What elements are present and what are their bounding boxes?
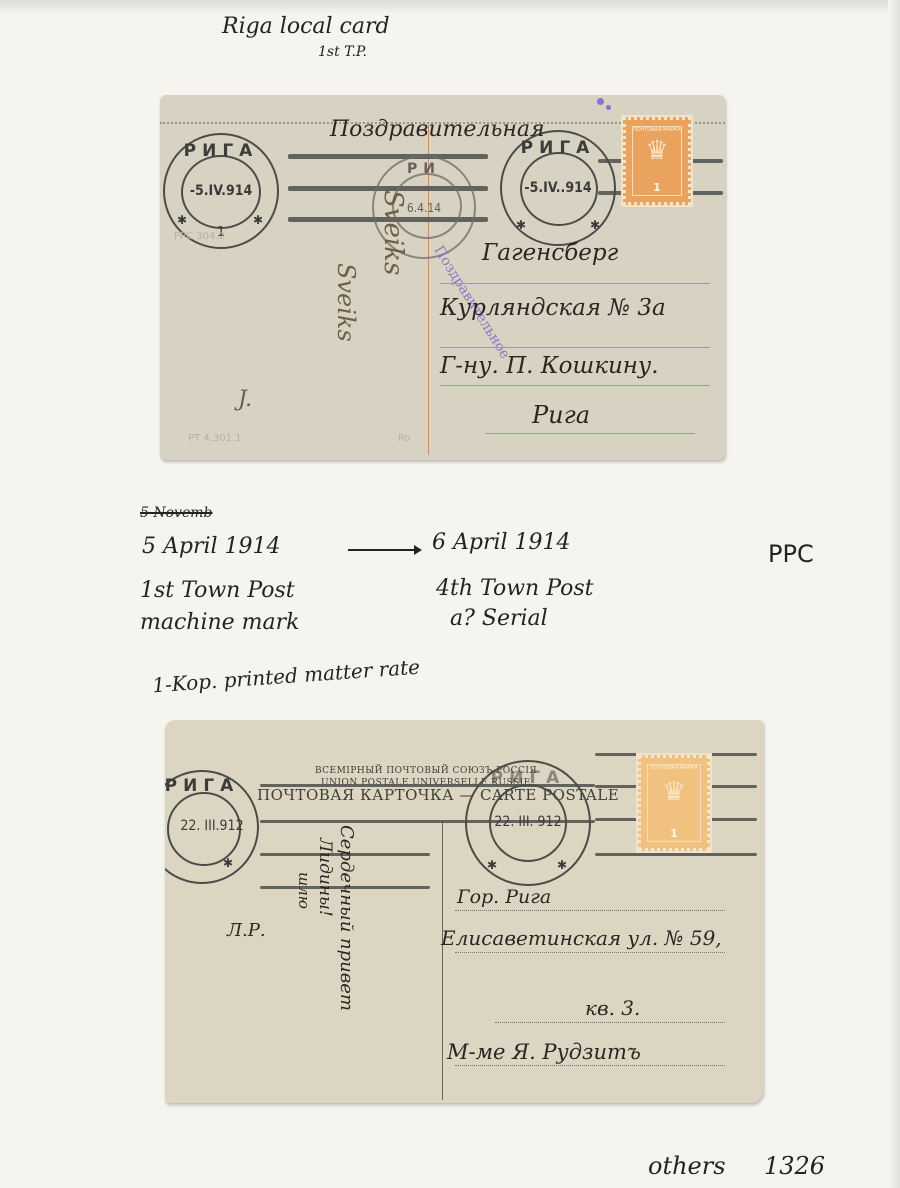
address-rule	[455, 1065, 725, 1066]
header-note-line2: 1st T.P.	[318, 44, 367, 60]
address-rule	[440, 283, 710, 284]
stamp-1-kopeck: ПОЧТОВАЯ МАРКА ♛ 1	[623, 117, 691, 205]
left-note-line2: machine mark	[140, 610, 300, 635]
arrow-right-icon	[348, 549, 420, 551]
double-eagle-icon: ♛	[662, 777, 685, 807]
star-icon: ✱	[223, 856, 233, 870]
footer-number: 1326	[764, 1152, 825, 1180]
scan-edge-right	[888, 0, 900, 1188]
postmark-date: 22. III.912	[165, 818, 257, 834]
date-from: 5 April 1914	[142, 534, 281, 559]
right-note-line1: 4th Town Post	[436, 576, 594, 601]
pencil-note: PPC 304.2	[174, 231, 225, 242]
card-divider	[442, 820, 443, 1100]
star-icon: ✱	[516, 218, 526, 232]
address-rule	[485, 433, 695, 434]
double-eagle-icon: ♛	[645, 136, 668, 166]
scan-edge-top	[0, 0, 900, 14]
postmark-riga-4: РИГА -5.IV..914 ✱ ✱	[500, 130, 616, 246]
address-line: Курляндская № 3а	[440, 295, 666, 321]
message-signature: J.	[238, 387, 252, 412]
postcard-top: РИГА -5.IV.914 1 ✱ ✱ РИГА -5.IV..914 ✱ ✱…	[160, 95, 725, 460]
rate-note: 1-Kop. printed matter rate	[151, 655, 420, 698]
postmark-date: -5.IV.914	[165, 183, 277, 199]
cancel-bar	[595, 853, 757, 856]
star-icon: ✱	[590, 218, 600, 232]
side-tag: PPC	[768, 540, 814, 568]
address-rule	[495, 1022, 725, 1023]
address-rule	[440, 347, 710, 348]
pencil-note: PT 4.301.1	[188, 433, 242, 444]
ink-spot	[597, 98, 604, 105]
postmark-date: 22. III. 912	[467, 814, 589, 830]
postmark-riga-left: РИГА 22. III.912 ✱	[165, 770, 259, 884]
postmark-date: -5.IV..914	[502, 180, 614, 196]
address-line: Елисаветинская ул. № 59,	[441, 926, 722, 950]
address-rule	[455, 910, 725, 911]
date-to: 6 April 1914	[432, 530, 571, 555]
footer-category: others	[648, 1152, 726, 1180]
address-rule	[455, 952, 725, 953]
pencil-note: Ro	[398, 433, 411, 444]
ink-spot	[606, 105, 611, 110]
address-line: Рига	[532, 401, 590, 429]
header-note-line1: Riga local card	[222, 14, 390, 39]
message-initials: Л.Р.	[227, 920, 266, 941]
left-note-line1: 1st Town Post	[140, 578, 295, 603]
postmark-city: РИГА	[467, 768, 589, 788]
cancel-bar	[288, 154, 488, 159]
message-line: Лидины!	[315, 838, 335, 917]
message-line: Сердечный привет	[336, 825, 357, 1011]
address-line: Г-ну. П. Кошкину.	[440, 353, 659, 379]
address-line: Гагенсберг	[482, 240, 618, 266]
struck-note: 5 Novemb	[140, 505, 212, 521]
address-line: М-ме Я. Рудзитъ	[447, 1040, 641, 1064]
postmark-city: РИГА	[165, 141, 277, 161]
greeting-text: Поздравительная	[330, 117, 545, 142]
message-line: Sveiks	[378, 190, 408, 275]
stamp-value: 1	[670, 827, 678, 840]
postcard-bottom: ВСЕМIРНЫЙ ПОЧТОВЫЙ СОЮЗЪ РОССIЯ UNION PO…	[165, 720, 763, 1103]
address-rule	[440, 385, 710, 386]
message-line: Sveiks	[332, 263, 360, 342]
address-line: Гор. Рига	[457, 886, 551, 908]
stamp-value: 1	[653, 181, 661, 194]
postmark-riga-right: РИГА 22. III. 912 ✱ ✱	[465, 760, 591, 886]
star-icon: ✱	[557, 858, 567, 872]
star-icon: ✱	[487, 858, 497, 872]
postmark-city: РИГА	[165, 776, 257, 796]
address-line: кв. 3.	[585, 996, 640, 1020]
stamp-1-kopeck: ПОЧТОВАЯ МАРКА ♛ 1	[638, 755, 710, 851]
star-icon: ✱	[177, 213, 187, 227]
message-line: шлю	[295, 872, 313, 909]
right-note-line2: a? Serial	[450, 606, 548, 631]
star-icon: ✱	[253, 213, 263, 227]
postmark-city: РИ	[374, 161, 474, 177]
